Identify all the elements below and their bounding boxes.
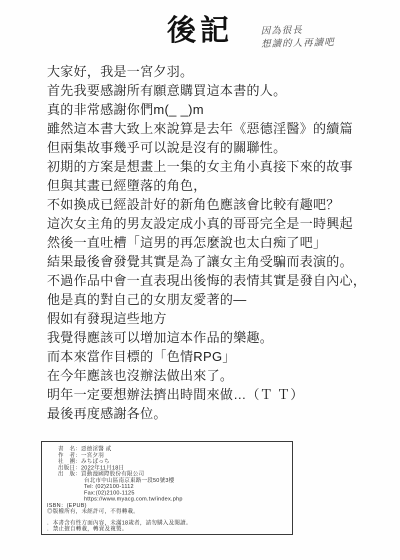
- body-line: 這次女主角的男友設定成小真的哥哥完全是一時興起: [47, 214, 392, 233]
- body-line: 他是真的對自己的女朋友愛著的—: [47, 290, 392, 309]
- body-line: 初期的方案是想畫上一集的女主角小真接下來的故事: [47, 157, 392, 176]
- body-line: 首先我要感謝所有願意購買這本書的人。: [47, 81, 392, 100]
- note-line: 想讀的人再讀吧: [261, 36, 335, 51]
- body-line: 明年一定要想辦法擠出時間來做…（Ｔ Ｔ）: [47, 385, 392, 404]
- colophon-content: 書 名：惡德淫醫 貳 作 者：一宮夕羽 社 團：みちばっち 出版日：2022年1…: [47, 446, 287, 532]
- body-line: 不如換成已經設計好的新角色應該會比較有趣吧？: [47, 195, 392, 214]
- body-line: 最後再度感謝各位。: [47, 404, 392, 423]
- body-line: 我覺得應該可以增加這本作品的樂趣。: [47, 328, 392, 347]
- body-line: 結果最後會發覺其實是為了讓女主角受騙而表演的。: [47, 252, 392, 271]
- body-line: 不過作品中會一直表現出後悔的表情其實是發自內心，: [47, 271, 392, 290]
- body-line: 雖然這本書大致上來說算是去年《惡德淫醫》的續篇: [47, 119, 392, 138]
- body-line: 然後一直吐槽「這男的再怎麼說也太白痴了吧」: [47, 233, 392, 252]
- colophon-notice-reprint: ．禁止擅自轉載，轉賣及複製。: [47, 526, 287, 532]
- colophon-box: 書 名：惡德淫醫 貳 作 者：一宮夕羽 社 團：みちばっち 出版日：2022年1…: [41, 441, 293, 535]
- body-line: 在今年應該也沒辦法做出來了。: [47, 366, 392, 385]
- body-line: 大家好，我是一宮夕羽。: [47, 62, 392, 81]
- body-line: 假如有發現這些地方: [47, 309, 392, 328]
- body-line: 真的非常感謝你們m(_ _)m: [47, 100, 392, 119]
- afterword-text: 大家好，我是一宮夕羽。首先我要感謝所有願意購買這本書的人。真的非常感謝你們m(_…: [47, 62, 392, 423]
- body-line: 而本來當作目標的「色情RPG」: [47, 347, 392, 366]
- handwritten-note: 因為很長 想讀的人再讀吧: [261, 23, 335, 51]
- afterword-page: 後記 因為很長 想讀的人再讀吧 大家好，我是一宮夕羽。首先我要感謝所有願意購買這…: [0, 0, 400, 560]
- page-title: 後記: [0, 8, 400, 49]
- body-line: 但與其畫已經墮落的角色，: [47, 176, 392, 195]
- body-line: 但兩集故事幾乎可以說是沒有的關聯性。: [47, 138, 392, 157]
